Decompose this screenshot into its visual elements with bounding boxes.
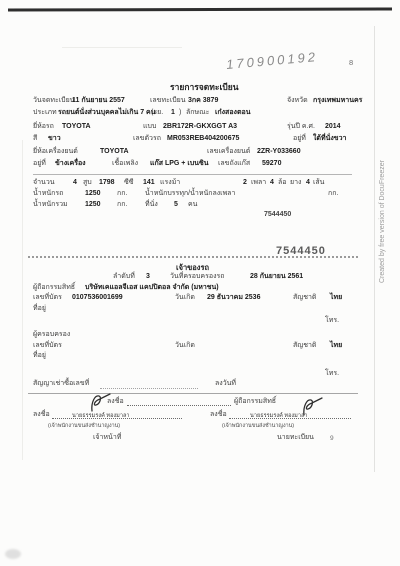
gross-weight-label: น้ำหนักรวม [33,201,68,209]
scan-smudge [5,549,21,559]
vin-value: MR053REB404200675 [167,135,239,143]
tire-unit: เส้น [313,179,324,187]
gas-tank-value: 59270 [262,160,281,168]
plate-label: เลขทะเบียน [150,97,186,105]
scan-edge-bar [8,7,392,11]
owner-dob-value: 29 ธันวาคม 2536 [207,294,260,302]
model-value: 2BR172R-GKXGGT A3 [163,123,237,131]
year-label: รุ่นปี ค.ศ. [287,123,315,131]
seats-label: ที่นั่ง [145,201,158,209]
wheel-unit: ล้อ [278,179,287,187]
left-role-label: เจ้าหน้าที่ [93,434,121,442]
page-number-top: 8 [349,58,353,67]
fuel-value: แก๊ส LPG + เบนซิน [150,160,209,168]
serial-number-large: 7544450 [276,245,326,257]
owner-card-label: เลขที่บัตร [33,294,62,302]
left-officer-title-stamp: (เจ้าพนักงานขนส่งชำนาญงาน) [48,422,120,430]
body-style-label: ลักษณะ [186,109,209,117]
vin-location-value: ใต้ที่นั่งขวา [313,135,346,143]
owner-dob-label: วันเกิด [175,294,195,302]
possessor-address-label: ที่อยู่ [33,352,46,360]
contract-number-line [100,381,198,389]
model-label: แบบ [143,123,156,131]
color-label: สี [33,135,37,143]
cc-unit: ซีซี [124,179,134,187]
rayor-value: 1 [171,109,175,117]
tire-label: ยาง [290,179,301,187]
color-value: ขาว [48,135,61,143]
docufreezer-watermark: Created by free version of DocuFreezer [379,160,386,283]
brand-label: ยี่ห้อรถ [33,123,54,131]
load-weight-unit: กก. [328,190,338,198]
year-value: 2014 [325,123,341,131]
possession-date-value: 28 กันยายน 2561 [250,273,303,281]
engine-location-label: อยู่ที่ [33,160,46,168]
page-number-bottom: 9 [330,435,334,442]
paper-right-edge [374,26,375,472]
handwritten-reference-number: 170900192 [226,49,319,72]
axle-unit: เพลา [251,179,266,187]
engine-brand-label: ยี่ห้อเครื่องยนต์ [33,148,78,156]
holder-label: ผู้ถือกรรมสิทธิ์ [33,284,75,292]
plate-value: 3กค 3879 [188,97,218,105]
possession-date-label: วันที่ครอบครองรถ [170,273,224,281]
section-divider [33,174,352,175]
contract-number-label: สัญญาเช่าซื้อเลขที่ [33,380,89,388]
seats-unit: คน [188,201,197,209]
possessor-nationality-label: สัญชาติ [293,342,316,350]
contract-date-label: ลงวันที่ [215,380,236,388]
curb-weight-unit: กก. [117,190,127,198]
cc-value: 1798 [99,179,115,187]
engine-number-value: 2ZR-Y033660 [257,148,301,156]
vin-location-label: อยู่ที่ [293,135,306,143]
cylinders-unit: สูบ [83,179,92,187]
holder-value: บริษัทเคแอลจีเอส แคปปิตอล จำกัด (มหาชน) [85,284,219,292]
rayor-open: (รย. [151,109,163,117]
fuel-label: เชื้อเพลิง [112,160,138,168]
body-style-value: เก๋งสองตอน [215,109,250,117]
axle-value: 2 [243,179,247,187]
engine-number-label: เลขเครื่องยนต์ [207,148,250,156]
hp-unit: แรงม้า [160,179,180,187]
right-officer-name-stamp: นายธรรมรงค์ ทองมาลา [250,412,308,420]
vin-label: เลขตัวรถ [133,135,161,143]
center-sign-line [127,398,231,406]
possessor-dob-label: วันเกิด [175,342,195,350]
signature-divider [28,393,358,394]
owner-card-value: 0107536001699 [72,294,123,302]
serial-number-small: 7544450 [264,211,291,218]
possessor-card-label: เลขที่บัตร [33,342,62,350]
left-sign-label: ลงชื่อ [33,411,50,419]
right-officer-title-stamp: (เจ้าพนักงานขนส่งชำนาญงาน) [222,422,294,430]
gross-weight-unit: กก. [117,201,127,209]
owner-address-label: ที่อยู่ [33,305,46,313]
reg-date-label: วันจดทะเบียน [33,97,74,105]
left-officer-name-stamp: นายธรรมรงค์ ทองมาลา [72,412,130,420]
right-role-label: นายทะเบียน [277,434,314,442]
hp-value: 141 [143,179,155,187]
tire-value: 4 [306,179,310,187]
right-sign-label: ลงชื่อ [210,411,227,419]
owner-tel-label: โทร. [325,317,339,325]
scanned-registration-document: Created by free version of DocuFreezer 1… [0,0,400,566]
wheel-value: 4 [270,179,274,187]
gross-weight-value: 1250 [85,201,101,209]
engine-location-value: ข้างเครื่อง [55,160,86,168]
cylinders-value: 4 [73,179,77,187]
sequence-label: ลำดับที่ [113,273,135,281]
type-value: รถยนต์นั่งส่วนบุคคลไม่เกิน 7 คน [58,109,156,117]
possessor-nationality-value: ไทย [330,342,342,350]
paper-top-edge [62,47,182,48]
engine-brand-value: TOYOTA [100,148,129,156]
paper-left-edge [22,140,23,460]
curb-weight-value: 1250 [85,190,101,198]
possessor-tel-label: โทร. [325,370,339,378]
brand-value: TOYOTA [62,123,91,131]
load-weight-label: น้ำหนักบรรทุก/น้ำหนักลงเพลา [145,190,235,198]
possessor-header: ผู้ครอบครอง [33,331,70,339]
owner-nationality-value: ไทย [330,294,342,302]
cylinders-label: จำนวน [33,179,55,187]
gas-tank-label: เลขถังแก๊ส [218,160,250,168]
reg-date-value: 11 กันยายน 2557 [72,97,125,105]
sequence-value: 3 [146,273,150,281]
rayor-close: ) [179,109,181,117]
curb-weight-label: น้ำหนักรถ [33,190,63,198]
seats-value: 5 [174,201,178,209]
province-value: กรุงเทพมหานคร [313,97,362,105]
document-title: รายการจดทะเบียน [170,80,239,94]
type-label: ประเภท [33,109,57,117]
province-label: จังหวัด [287,97,308,105]
owner-nationality-label: สัญชาติ [293,294,316,302]
center-sign-role: ผู้ถือกรรมสิทธิ์ [234,398,276,406]
